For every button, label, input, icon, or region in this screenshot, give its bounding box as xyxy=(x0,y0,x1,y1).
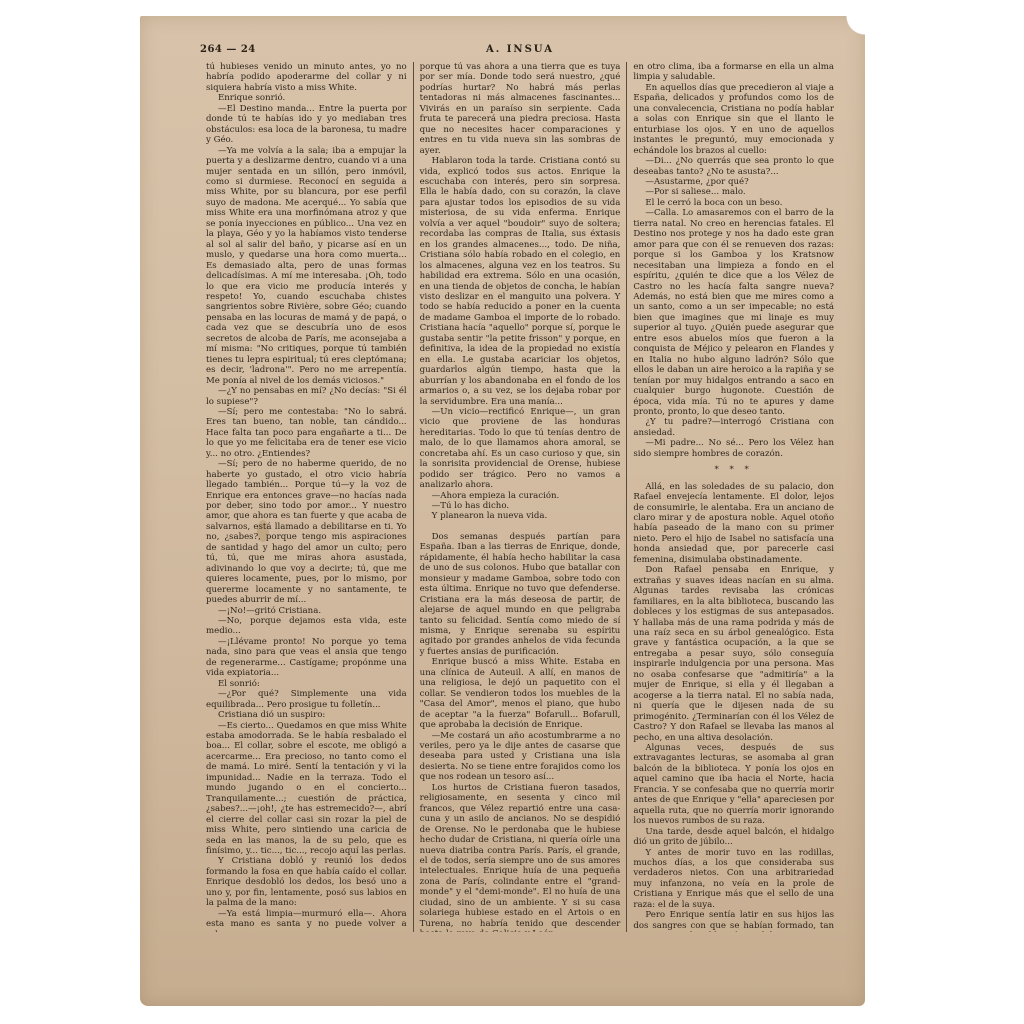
paragraph: —Sí; pero de no haberme querido, de no h… xyxy=(206,459,407,605)
paragraph: —Tú lo has dicho. xyxy=(420,501,621,511)
paragraph: —Ya está limpia—murmuró ella—. Ahora est… xyxy=(206,909,407,932)
text-columns: tú hubieses venido un minuto antes, yo n… xyxy=(200,62,840,932)
paragraph: Los hurtos de Cristiana fueron tasados, … xyxy=(420,783,621,932)
paragraph: —Calla. Lo amasaremos con el barro de la… xyxy=(633,208,834,417)
paragraph: —Me costará un año acostumbrarme a no ve… xyxy=(420,731,621,783)
paragraph: —¡No!—gritó Cristiana. xyxy=(206,606,407,616)
paragraph: ¿Y tu padre?—interrogó Cristiana con ans… xyxy=(633,417,834,438)
paragraph: —¿Por qué? Simplemente una vida equilibr… xyxy=(206,689,407,710)
column-left: tú hubieses venido un minuto antes, yo n… xyxy=(200,62,413,932)
paragraph: —Por si saliese... malo. xyxy=(633,187,834,197)
paragraph: Una tarde, desde aquel balcón, el hidalg… xyxy=(633,827,834,848)
paragraph: —Asustarme, ¿por qué? xyxy=(633,177,834,187)
paragraph: —El Destino manda... Entre la puerta por… xyxy=(206,104,407,146)
paragraph: El sonrió: xyxy=(206,679,407,689)
paragraph: Don Rafael pensaba en Enrique, y extraña… xyxy=(633,565,834,743)
paragraph: —Ahora empieza la curación. xyxy=(420,491,621,501)
paragraph: porque tú vas ahora a una tierra que es … xyxy=(420,62,621,156)
paragraph: —Es cierto... Quedamos en que miss White… xyxy=(206,721,407,857)
paragraph: Allá, en las soledades de su palacio, do… xyxy=(633,482,834,566)
paragraph: El le cerró la boca con un beso. xyxy=(633,198,834,208)
paragraph: —Mi padre... No sé... Pero los Vélez han… xyxy=(633,438,834,459)
column-middle: porque tú vas ahora a una tierra que es … xyxy=(413,62,627,932)
paragraph: Dos semanas después partían para España.… xyxy=(420,532,621,657)
paragraph: Pero Enrique sentía latir en sus hijos l… xyxy=(633,910,834,932)
paragraph: Enrique sonrió. xyxy=(206,93,407,103)
paragraph: —¿Y no pensabas en mí? ¿No decías: "Si é… xyxy=(206,386,407,407)
paragraph: Enrique buscó a miss White. Estaba en un… xyxy=(420,657,621,730)
column-right-body: en otro clima, iba a formarse en ella un… xyxy=(633,62,834,932)
paragraph: Y antes de morir tuvo en las rodillas, m… xyxy=(633,848,834,911)
paragraph: —No, porque dejamos esta vida, este medi… xyxy=(206,616,407,637)
paragraph: Y Cristiana dobló y reunió los dedos for… xyxy=(206,856,407,908)
paragraph: en otro clima, iba a formarse en ella un… xyxy=(633,62,834,83)
paragraph: —Di... ¿No querrás que sea pronto lo que… xyxy=(633,156,834,177)
paragraph: —Un vicio—rectificó Enrique—, un gran vi… xyxy=(420,407,621,491)
paragraph: Y planearon la nueva vida. xyxy=(420,511,621,521)
author-heading: A. INSUA xyxy=(200,44,840,55)
paragraph: —¡Llévame pronto! No porque yo tema nada… xyxy=(206,637,407,679)
paragraph: Cristiana dió un suspiro: xyxy=(206,710,407,720)
paragraph: En aquellos días que precedieron al viaj… xyxy=(633,83,834,156)
paragraph: tú hubieses venido un minuto antes, yo n… xyxy=(206,62,407,93)
paragraph: —Sí; pero me contestaba: "No lo sabrá. E… xyxy=(206,407,407,459)
section-divider: * * * xyxy=(633,465,834,475)
paragraph: —Ya me volvía a la sala; iba a empujar l… xyxy=(206,146,407,386)
paragraph: Algunas veces, después de sus extravagan… xyxy=(633,743,834,827)
column-right: en otro clima, iba a formarse en ella un… xyxy=(626,62,840,932)
paragraph: Hablaron toda la tarde. Cristiana contó … xyxy=(420,156,621,407)
section-gap xyxy=(420,522,621,532)
running-header: 264 — 24 A. INSUA xyxy=(200,44,840,60)
